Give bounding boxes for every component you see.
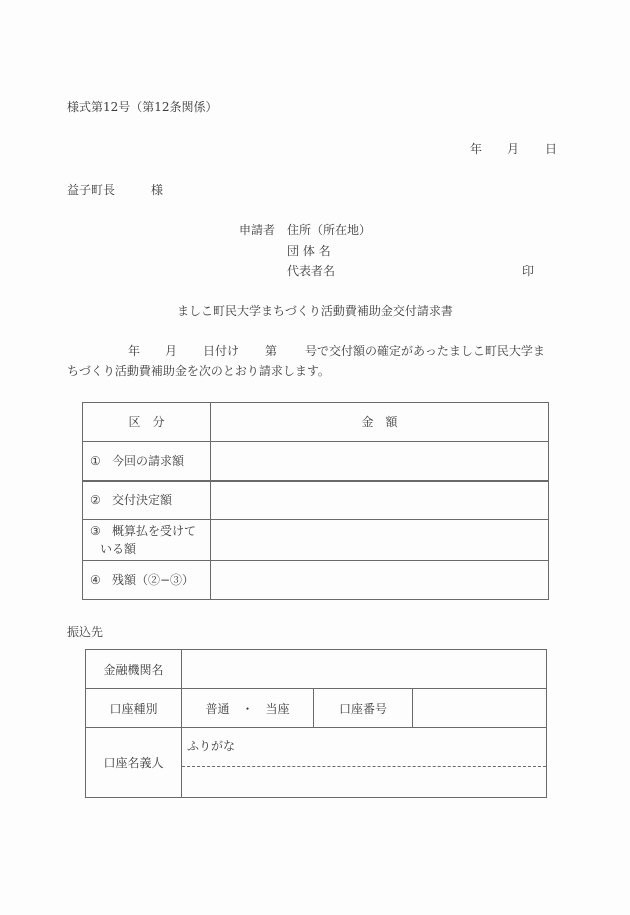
institution-field[interactable]: [182, 650, 547, 689]
addressee-honorific: 様: [151, 183, 163, 197]
body-month: 月: [165, 344, 177, 358]
row-label-current-request: ①今回の請求額: [83, 442, 211, 481]
account-number-field[interactable]: [413, 689, 547, 728]
account-number-label: 口座番号: [314, 689, 413, 728]
furigana-field[interactable]: ふりがな: [182, 728, 546, 767]
balance-amount-cell[interactable]: [211, 561, 549, 600]
body-line1-rest: 号で交付額の確定があったましこ町民大学ま: [305, 344, 545, 358]
table-row: ①今回の請求額: [83, 442, 549, 481]
applicant-address-label: 住所（所在地）: [287, 223, 371, 237]
header-amount: 金 額: [211, 403, 549, 442]
body-line2: ちづくり活動費補助金を次のとおり請求します。: [67, 364, 330, 378]
body-date-suffix: 日付け: [203, 344, 239, 358]
institution-label: 金融機関名: [86, 650, 182, 689]
holder-row: 口座名義人 ふりがな: [86, 728, 547, 798]
holder-cell: ふりがな: [182, 728, 547, 798]
account-type-label: 口座種別: [86, 689, 182, 728]
table-row: ④残額（②−③）: [83, 561, 549, 600]
body-year: 年: [128, 344, 140, 358]
institution-row: 金融機関名: [86, 650, 547, 689]
holder-label: 口座名義人: [86, 728, 182, 798]
amount-table-header: 区 分 金 額: [83, 403, 549, 442]
amount-table: 区 分 金 額 ①今回の請求額 ②交付決定額 ③概算払を受けている額 ④残額（②…: [82, 402, 549, 600]
row-label-advance-received: ③概算払を受けている額: [83, 520, 211, 561]
applicant-organization-label: 団 体 名: [287, 244, 331, 258]
bank-section-label: 振込先: [67, 625, 103, 639]
date-year: 年: [470, 142, 482, 156]
row-label-decided-amount: ②交付決定額: [83, 481, 211, 520]
date-day: 日: [545, 142, 557, 156]
applicant-label: 申請者: [239, 223, 275, 237]
decided-amount-cell[interactable]: [211, 481, 549, 520]
row-label-balance: ④残額（②−③）: [83, 561, 211, 600]
form-number: 様式第12号（第12条関係）: [67, 100, 218, 114]
document-title: ましこ町民大学まちづくり活動費補助金交付請求書: [177, 304, 453, 318]
bank-table: 金融機関名 口座種別 普通 ・ 当座 口座番号 口座名義人 ふりがな: [85, 649, 547, 798]
table-row: ③概算払を受けている額: [83, 520, 549, 561]
advance-received-amount-cell[interactable]: [211, 520, 549, 561]
applicant-representative-label: 代表者名: [287, 264, 335, 278]
addressee-name: 益子町長: [67, 183, 115, 197]
date-month: 月: [507, 142, 519, 156]
furigana-label: ふりがな: [187, 737, 235, 754]
header-category: 区 分: [83, 403, 211, 442]
account-type-row: 口座種別 普通 ・ 当座 口座番号: [86, 689, 547, 728]
seal-mark: 印: [522, 264, 534, 278]
current-request-amount-cell[interactable]: [211, 442, 549, 481]
holder-name-field[interactable]: [182, 767, 546, 797]
table-row: ②交付決定額: [83, 481, 549, 520]
body-number-prefix: 第: [265, 344, 277, 358]
account-type-options[interactable]: 普通 ・ 当座: [182, 689, 314, 728]
